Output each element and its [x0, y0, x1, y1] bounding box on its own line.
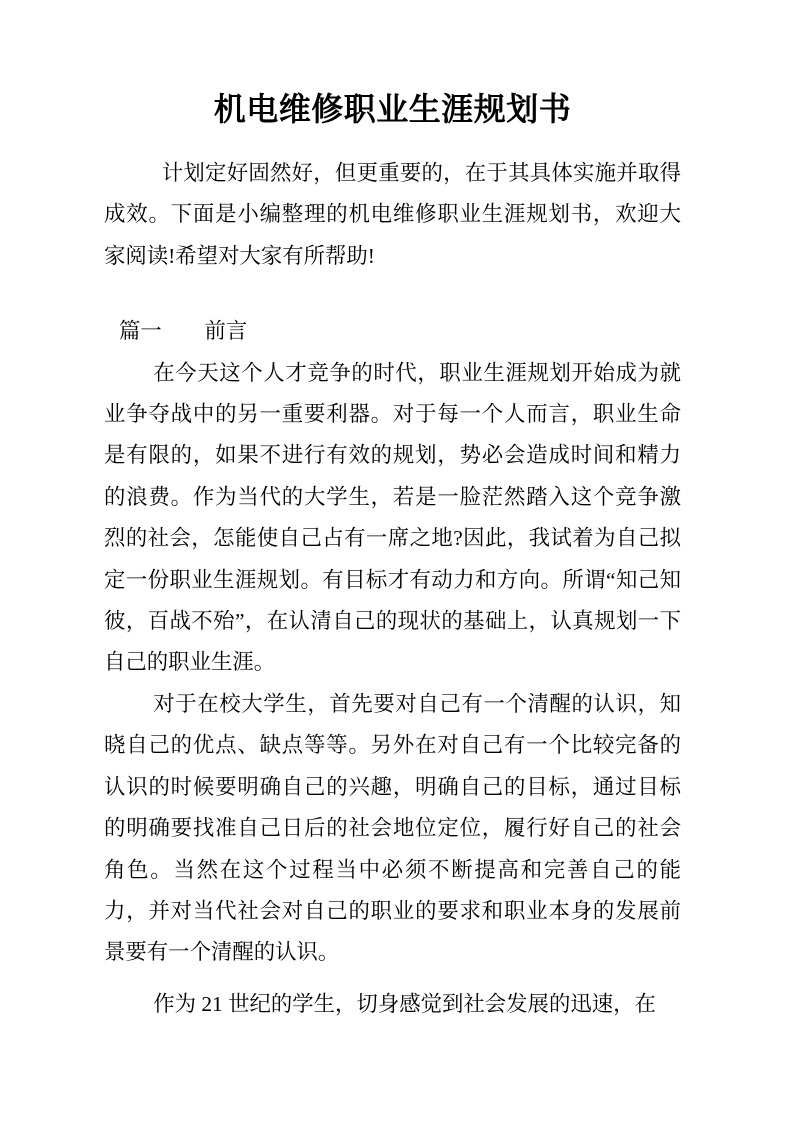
- body-paragraph-3: 作为 21 世纪的学生，切身感觉到社会发展的迅速，在: [104, 984, 681, 1025]
- body-paragraph-2: 对于在校大学生，首先要对自己有一个清醒的认识，知晓自己的优点、缺点等等。另外在对…: [104, 684, 681, 974]
- document-title: 机电维修职业生涯规划书: [104, 86, 681, 132]
- document-content: 机电维修职业生涯规划书 计划定好固然好，但更重要的，在于其具体实施并取得成效。下…: [0, 0, 793, 1025]
- intro-paragraph: 计划定好固然好，但更重要的，在于其具体实施并取得成效。下面是小编整理的机电维修职…: [104, 153, 681, 277]
- section-heading: 篇一 前言: [104, 311, 681, 352]
- body-paragraph-1: 在今天这个人才竞争的时代，职业生涯规划开始成为就业争夺战中的另一重要利器。对于每…: [104, 353, 681, 684]
- document-page: 机电维修职业生涯规划书 计划定好固然好，但更重要的，在于其具体实施并取得成效。下…: [0, 0, 793, 1122]
